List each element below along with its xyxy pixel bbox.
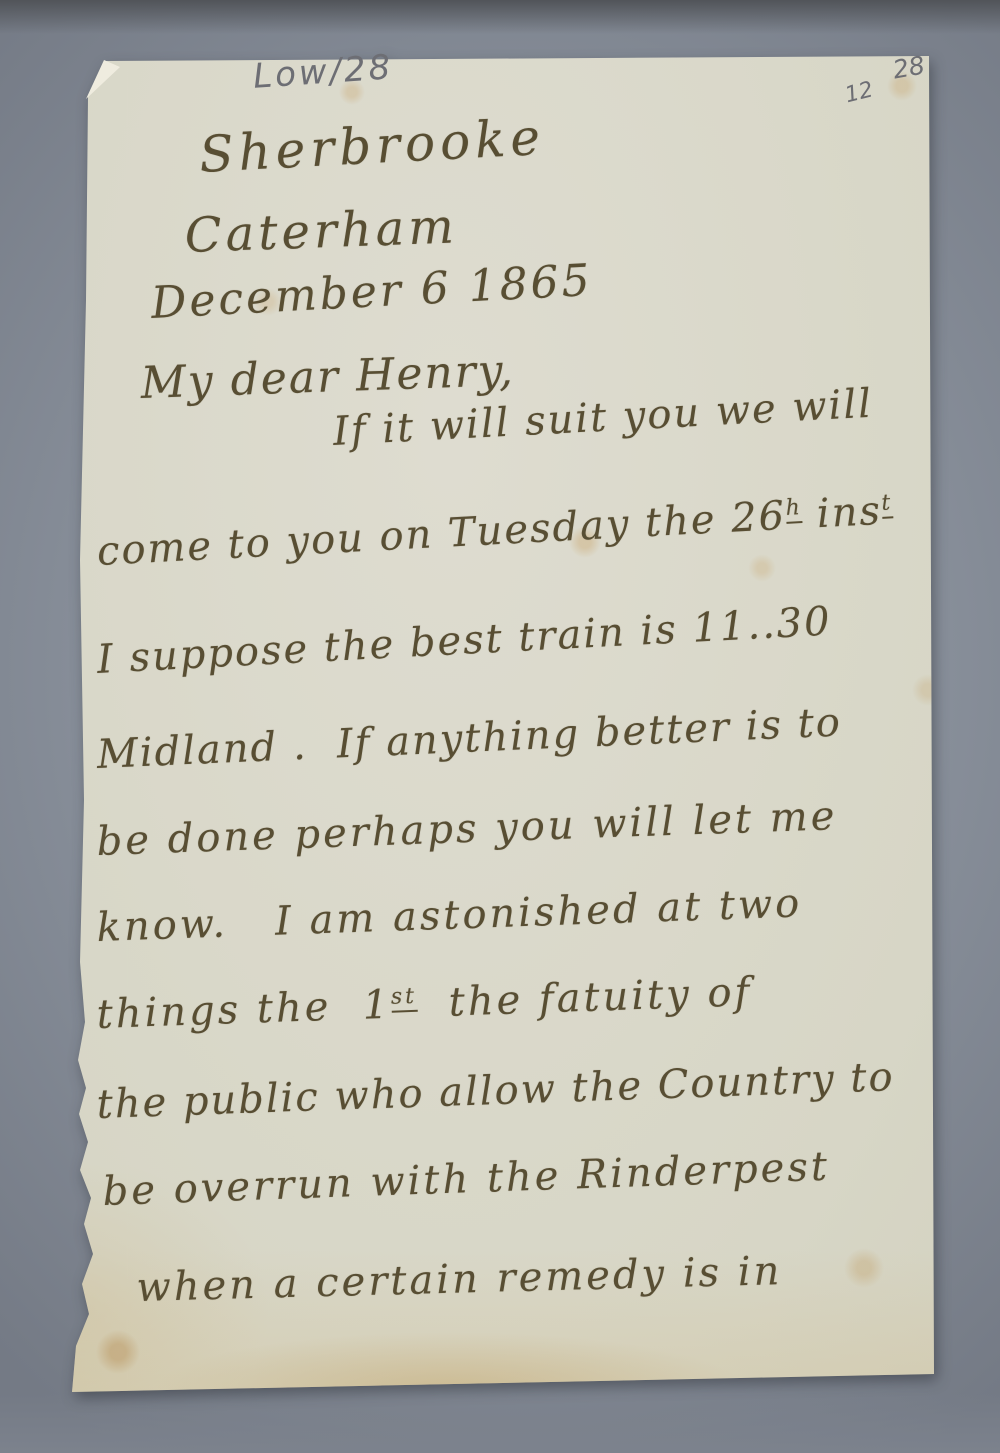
superscript: t [881,490,893,519]
pencil-collection-mark: Low/28 [252,50,394,94]
address-line-town: Caterham [184,202,459,259]
photo-backdrop: Low/28 28 12 Sherbrooke Caterham Decembe… [0,0,1000,1453]
superscript: h [785,495,803,524]
pencil-page-number: 28 [891,52,927,82]
body-line-text: ins [801,488,883,538]
letter-sheet-shadow: Low/28 28 12 Sherbrooke Caterham Decembe… [0,0,1000,1453]
salutation-line: My dear Henry, [140,349,515,406]
superscript: st [390,983,417,1012]
